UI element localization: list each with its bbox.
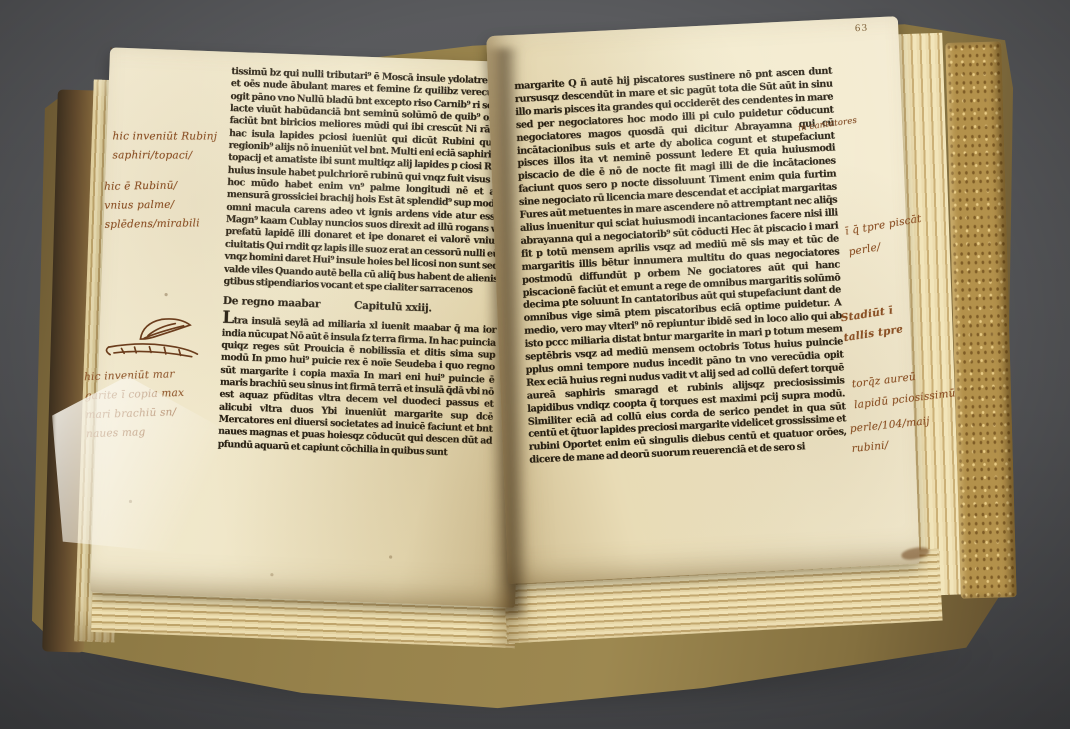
margin-note-line: hic inveniūt Rubinj [113,127,218,146]
margin-note-ruby: hic ē Rubinū/ vnius palme/ splēdens/mira… [104,176,200,234]
chapter-title: De regno maabar [223,295,321,311]
margin-note-line: mari brachiū sn/ [85,403,185,425]
folio-number: 63 [855,24,869,35]
photo-background: hic inveniūt Rubinj saphiri/topaci/ hic … [0,0,1070,729]
right-page: 63 margarite Q ñ autē hij piscatores sus… [486,16,920,584]
left-text-block: tissimū bz qui nulli tributari⁹ ē Moscā … [217,66,505,461]
margin-note-line: hic ē Rubinū/ [104,176,199,196]
margin-note-line: splēdens/mirabili [105,214,200,234]
margin-note-season: Stadiūt ī tallis tpre [840,299,905,348]
ink-specks [110,47,112,49]
margin-note-line: vnius palme/ [104,195,199,215]
left-body-paragraph: tissimū bz qui nulli tributari⁹ ē Moscā … [223,66,505,298]
left-page: hic inveniūt Rubinj saphiri/topaci/ hic … [90,47,535,607]
margin-note-gems: hic inveniūt Rubinj saphiri/topaci/ [113,127,218,165]
margin-note-line: saphiri/topaci/ [113,146,218,165]
margin-note-line: naues mag [86,422,186,444]
margin-note-pearls-left: hic inveniūt mar garite ī copia max mari… [84,365,186,444]
ship-doodle-icon [101,309,205,365]
chapter-number: Capitulū xxiij. [354,300,432,315]
chapter-paragraph: Ltra insulā seylā ad miliaria xl iuenit … [217,311,496,461]
margin-note-pearls-right: perle/104/maij rubini/ [849,411,933,459]
